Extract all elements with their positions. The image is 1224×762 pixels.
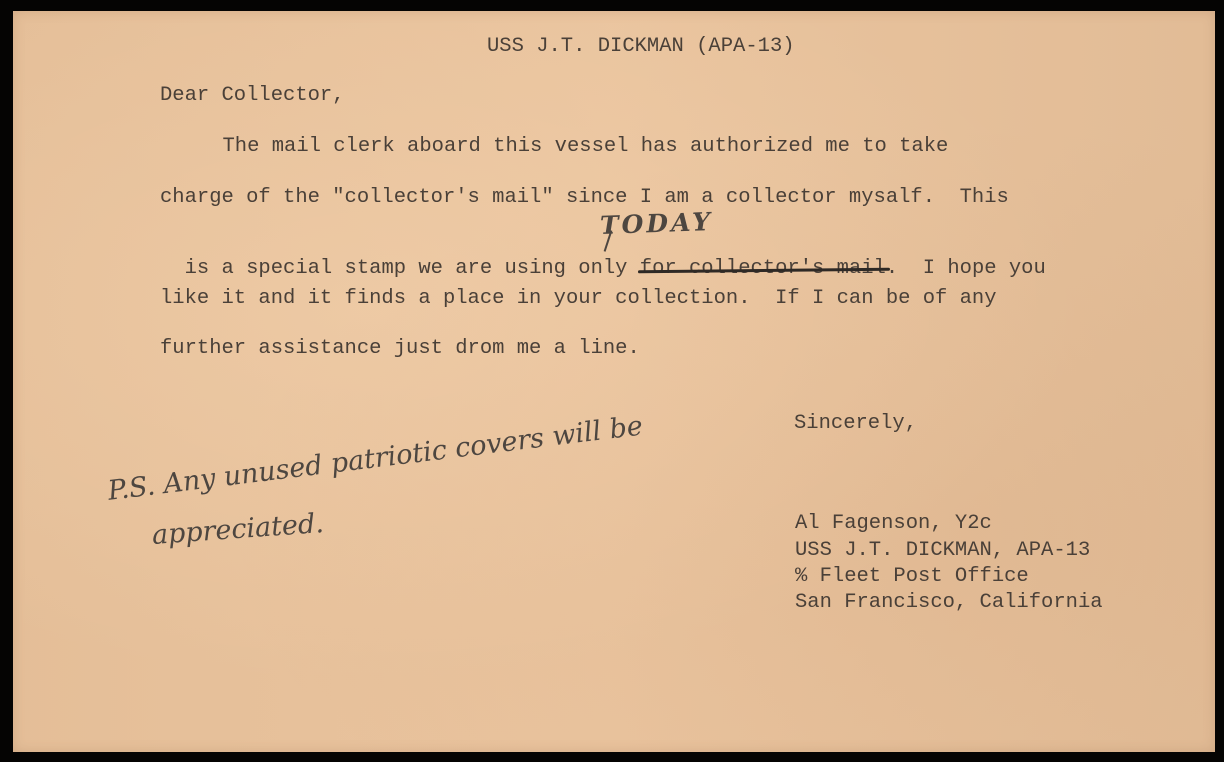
body-line-3: is a special stamp we are using only for… xyxy=(160,238,1046,279)
body-line-2: charge of the "collector's mail" since I… xyxy=(160,188,1009,209)
body-line-5: further assistance just drom me a line. xyxy=(160,339,640,360)
letter-paper xyxy=(13,11,1215,752)
body-line-3-before: is a special stamp we are using only xyxy=(185,257,640,280)
salutation: Dear Collector, xyxy=(160,86,345,107)
body-line-4: like it and it finds a place in your col… xyxy=(160,289,997,310)
struck-text: for collector's mail xyxy=(640,259,886,280)
letterhead: USS J.T. DICKMAN (APA-13) xyxy=(487,37,795,58)
body-line-1: The mail clerk aboard this vessel has au… xyxy=(161,137,948,158)
handwritten-today: TODAY xyxy=(600,209,714,238)
body-line-3-after: . I hope you xyxy=(886,257,1046,280)
closing: Sincerely, xyxy=(794,414,917,435)
signature-name: Al Fagenson, Y2c xyxy=(795,514,992,535)
signature-ship: USS J.T. DICKMAN, APA-13 xyxy=(795,541,1090,562)
signature-city: San Francisco, California xyxy=(795,593,1103,614)
signature-fpo: % Fleet Post Office xyxy=(795,567,1029,588)
